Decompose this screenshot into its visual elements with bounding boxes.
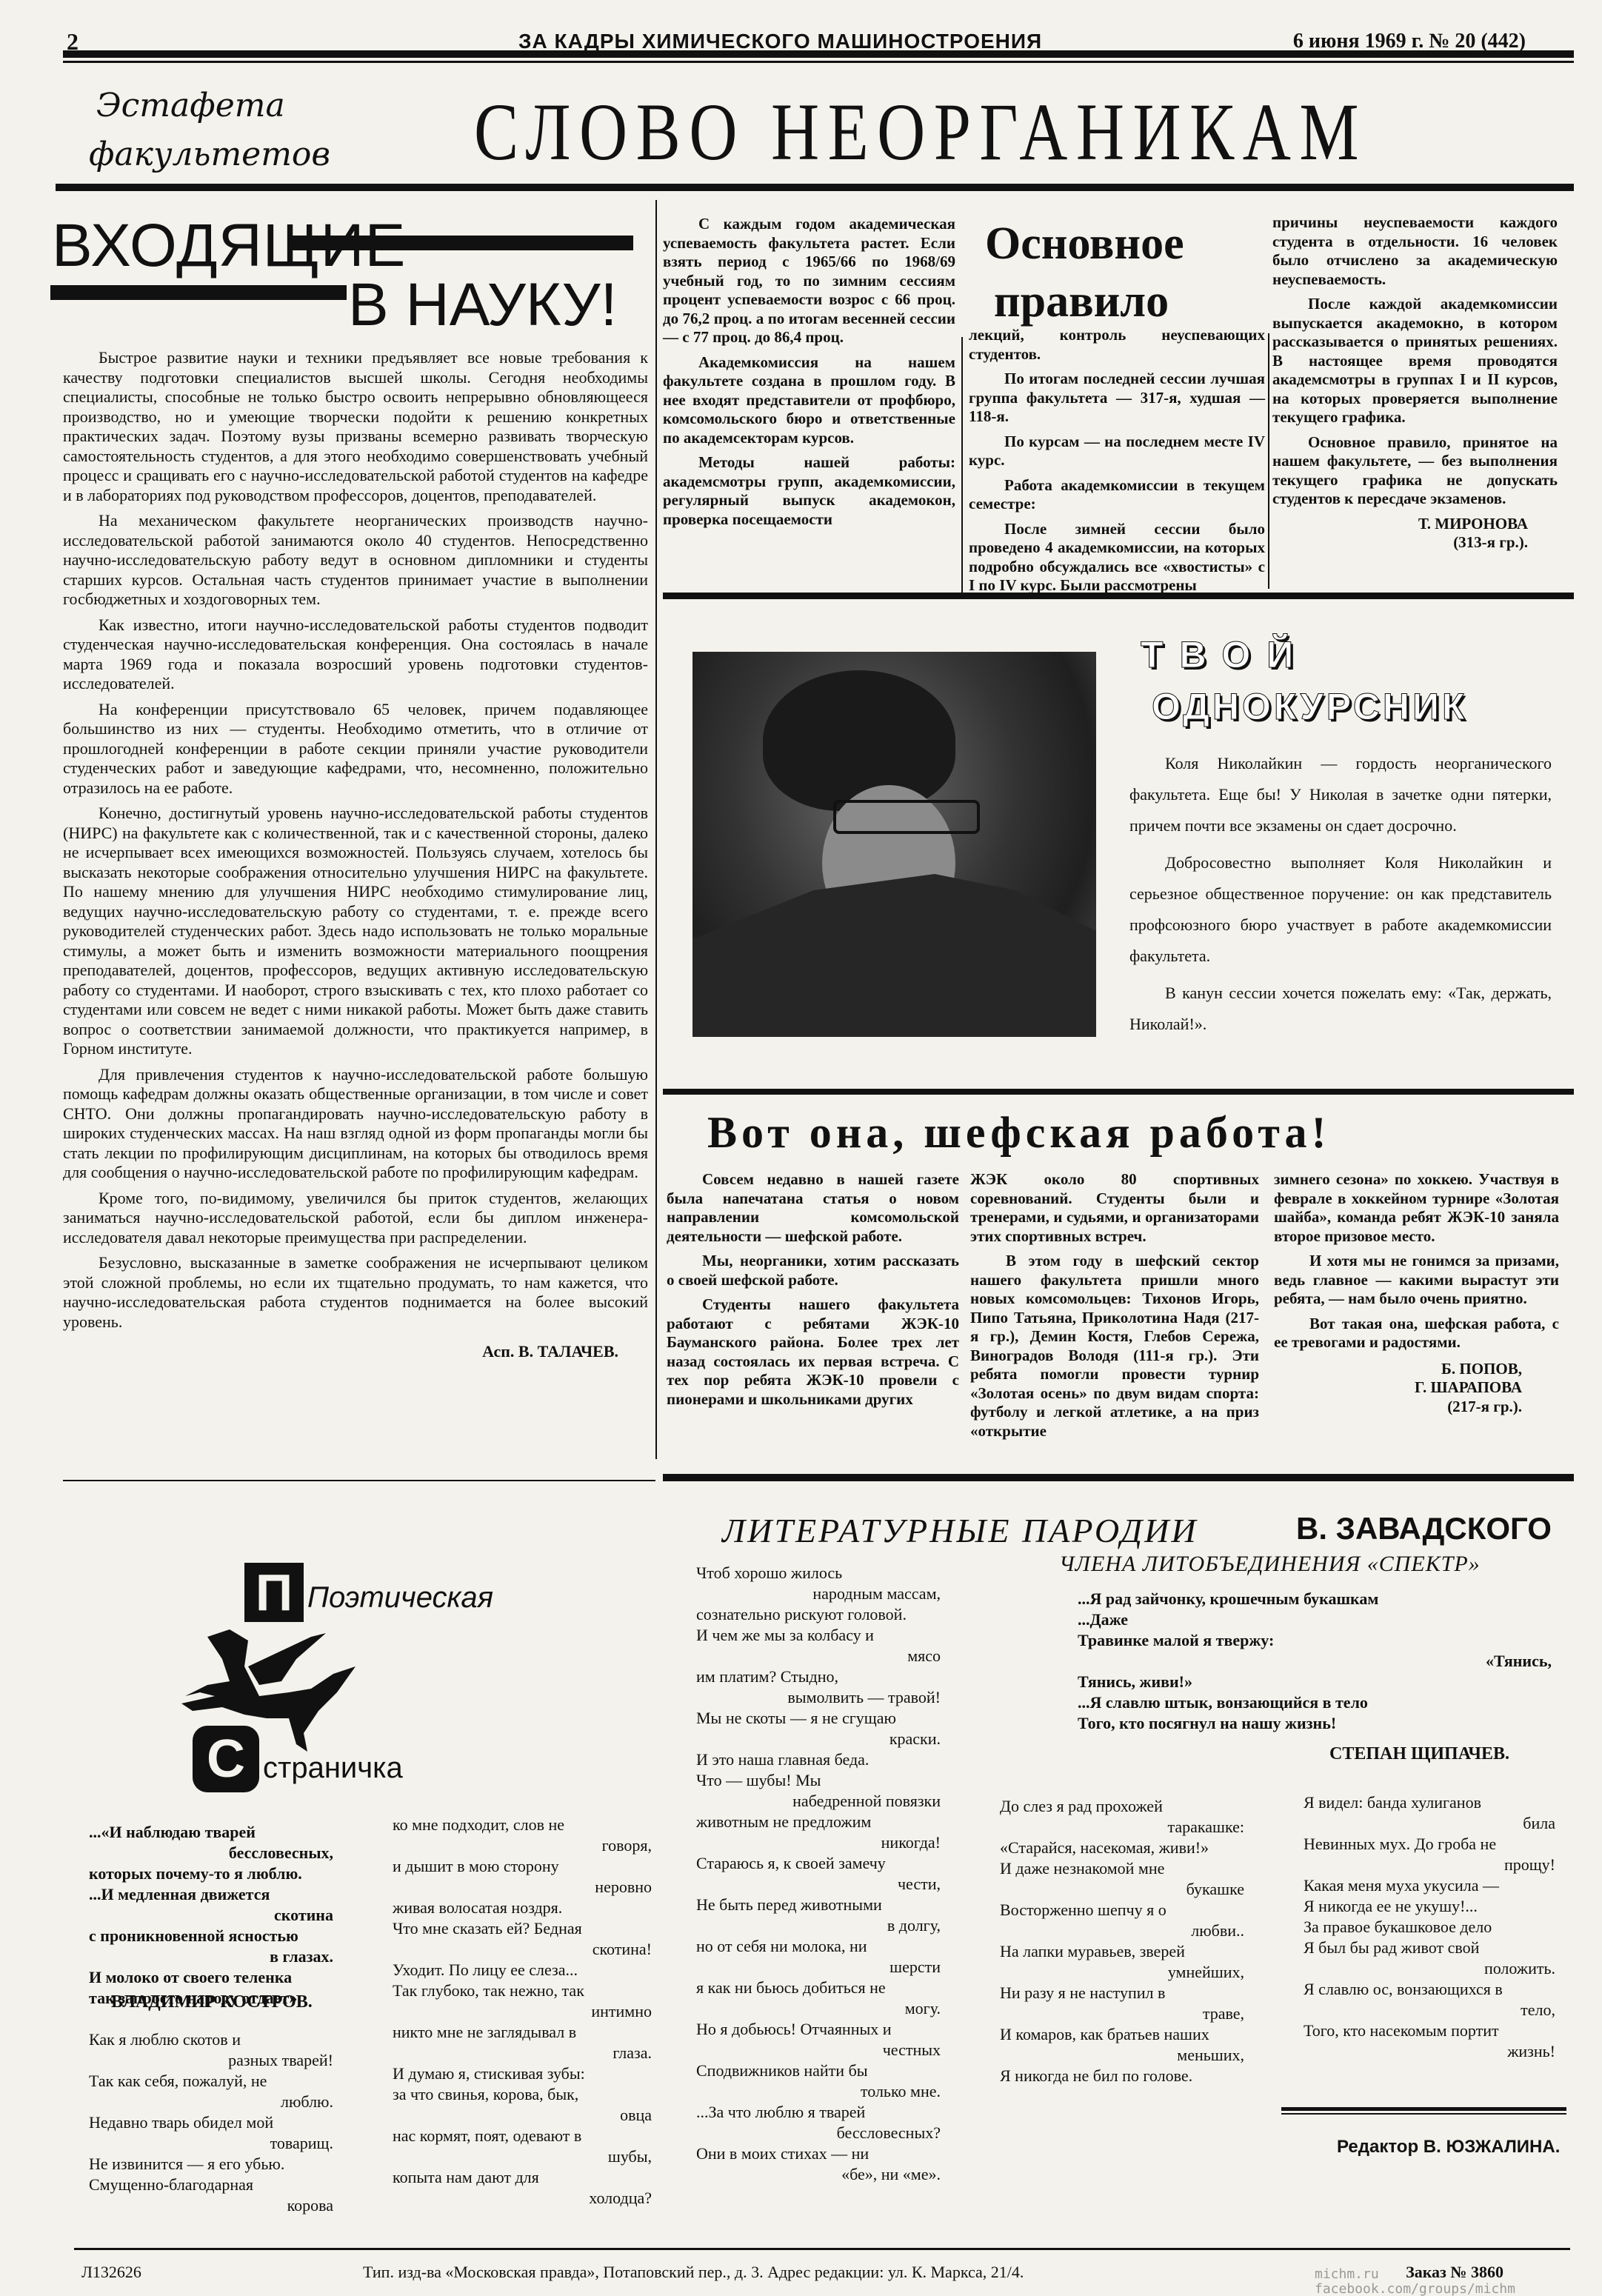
editor-rule [1281, 2107, 1566, 2111]
paragraph: На конференции присутствовало 65 человек… [63, 700, 648, 798]
verse-line: за что свинья, корова, бык, [393, 2084, 652, 2105]
relay-line-2: факультетов [89, 130, 330, 179]
student-portrait-photo [692, 652, 1096, 1037]
article-rule-col-3: причины неуспеваемости каждого студента … [1272, 213, 1558, 553]
article-patronage-col-1: Совсем недавно в нашей газете была напеч… [667, 1170, 959, 1415]
paragraph: На механическом факультете неорганически… [63, 511, 648, 610]
article-patronage-title: Вот она, шефская работа! [707, 1107, 1331, 1158]
article-rule-col-1: С каждым годом академическая успеваемост… [663, 215, 955, 535]
verse-line: «бе», ни «ме». [696, 2164, 941, 2185]
article-rule-title: Основное правило [985, 215, 1178, 330]
verse-line: ко мне подходит, слов не [393, 1815, 652, 1835]
section-title: СЛОВО НЕОРГАНИКАМ [474, 85, 1367, 179]
verse-line: шерсти [696, 1957, 941, 1978]
verse-line: И чем же мы за колбасу и [696, 1625, 941, 1646]
order-number: Заказ № 3860 [1406, 2263, 1503, 2282]
editor-credit: Редактор В. ЮЗЖАЛИНА. [1337, 2137, 1560, 2157]
verse-line: глаза. [393, 2043, 652, 2063]
verse-line: Как я люблю скотов и [89, 2029, 333, 2050]
verse-line: Я никогда не бил по голове. [1000, 2066, 1244, 2086]
poetry-page-logo: П Поэтическая С страничка [178, 1541, 548, 1792]
verse-line: умнейших, [1000, 1962, 1244, 1983]
paragraph: Безусловно, высказанные в заметке сообра… [63, 1253, 648, 1332]
photo-hair [763, 670, 955, 811]
verse-line: Тянись, живи!» [1078, 1672, 1552, 1692]
masthead-rule-thin [63, 61, 1574, 63]
watermark-facebook: facebook.com/groups/michm [1315, 2281, 1515, 2296]
verse-line: копыта нам дают для [393, 2167, 652, 2188]
printer-address: Тип. изд-ва «Московская правда», Потапов… [363, 2263, 1024, 2282]
paragraph: В этом году в шефский сектор нашего факу… [970, 1252, 1259, 1441]
verse-line: я как ни бьюсь добиться не [696, 1978, 941, 1998]
verse-line: И молоко от своего теленка [89, 1967, 333, 1988]
verse-line: неровно [393, 1877, 652, 1898]
verse-line: им платим? Стыдно, [696, 1666, 941, 1687]
verse-line: Они в моих стихах — ни [696, 2143, 941, 2164]
paragraph: Студенты нашего факультета работают с ре… [667, 1295, 959, 1409]
verse-line: меньших, [1000, 2045, 1244, 2066]
column-divider [1268, 333, 1269, 589]
paragraph: Основное правило, принятое на нашем факу… [1272, 433, 1558, 509]
editor-rule-thin [1281, 2113, 1566, 2115]
masthead-rule [63, 50, 1574, 58]
paragraph: После зимней сессии было проведено 4 ака… [969, 520, 1265, 595]
paragraph: Кроме того, по-видимому, увеличился бы п… [63, 1189, 648, 1248]
parodies-author: В. ЗАВАДСКОГО [1296, 1511, 1552, 1546]
verse-line: ...И медленная движется [89, 1884, 333, 1905]
verse-line: бессловесных? [696, 2123, 941, 2143]
verse-line: Не извинится — я его убью. [89, 2154, 333, 2175]
verse-line: И даже незнакомой мне [1000, 1858, 1244, 1879]
verse-line: Что мне сказать ей? Бедная [393, 1918, 652, 1939]
paragraph: С каждым годом академическая успеваемост… [663, 215, 955, 347]
epigraph-author: СТЕПАН ЩИПАЧЕВ. [1329, 1744, 1509, 1764]
paragraph: лекций, контроль неуспевающих студентов. [969, 326, 1265, 364]
verse-line: овца [393, 2105, 652, 2126]
paragraph: зимнего сезона» по хоккею. Участвуя в фе… [1274, 1170, 1559, 1246]
article-classmate-bottom-rule [663, 1089, 1574, 1095]
verse-line: ...Я рад зайчонку, крошечным букашкам [1078, 1589, 1552, 1609]
parodies-title: ЛИТЕРАТУРНЫЕ ПАРОДИИ [722, 1511, 1198, 1550]
paragraph: Методы нашей работы: академсмотры групп,… [663, 453, 955, 529]
verse-line: но от себя ни молока, ни [696, 1936, 941, 1957]
verse-line: животным не предложим [696, 1812, 941, 1832]
paragraph: И хотя мы не гонимся за призами, ведь гл… [1274, 1252, 1559, 1309]
author-signature: Т. МИРОНОВА [1272, 515, 1558, 534]
print-code: Л132626 [81, 2263, 141, 2282]
verse-line: чести, [696, 1874, 941, 1895]
photo-glasses [833, 800, 980, 834]
verse-line: говоря, [393, 1835, 652, 1856]
paragraph: ЖЭК около 80 спортивных соревнований. Ст… [970, 1170, 1259, 1246]
page-divider-left [63, 1480, 655, 1481]
footer-rule [74, 2248, 1570, 2250]
verse-line: Чтоб хорошо жилось [696, 1563, 941, 1583]
verse-line: жизнь! [1304, 2041, 1555, 2062]
verse-line: траве, [1000, 2003, 1244, 2024]
verse-line: люблю. [89, 2092, 333, 2112]
verse-line: Того, кто насекомым портит [1304, 2020, 1555, 2041]
verse-line: Сподвижников найти бы [696, 2060, 941, 2081]
verse-line: И думаю я, стискивая зубы: [393, 2063, 652, 2084]
column-divider [655, 200, 657, 1459]
paragraph: причины неуспеваемости каждого студента … [1272, 213, 1558, 289]
verse-line: Уходит. По лицу ее слеза... [393, 1960, 652, 1980]
verse-line: шубы, [393, 2146, 652, 2167]
parody-2-part-1: До слез я рад прохожейтаракашке:«Старайс… [1000, 1796, 1244, 2086]
parodies-subtitle: ЧЛЕНА ЛИТОБЪЕДИНЕНИЯ «СПЕКТР» [1059, 1552, 1481, 1577]
verse-line: живая волосатая ноздря. [393, 1898, 652, 1918]
verse-line: скотина! [393, 1939, 652, 1960]
verse-line: Так глубоко, так нежно, так [393, 1980, 652, 2001]
verse-line: «Тянись, [1078, 1651, 1552, 1672]
verse-line: прощу! [1304, 1855, 1555, 1875]
verse-line: скотина [89, 1905, 333, 1926]
logo-initial-p: П [244, 1563, 304, 1622]
verse-line: Смущенно-благодарная [89, 2175, 333, 2195]
column-divider [961, 337, 963, 593]
paragraph: Академкомиссия на нашем факультете созда… [663, 353, 955, 448]
verse-line: разных тварей! [89, 2050, 333, 2071]
verse-line: Я славлю ос, вонзающихся в [1304, 1979, 1555, 2000]
verse-line: с проникновенной ясностью [89, 1926, 333, 1946]
paragraph: Для привлечения студентов к научно-иссле… [63, 1065, 648, 1183]
verse-line: таракашке: [1000, 1817, 1244, 1838]
paragraph: Вот такая она, шефская работа, с ее трев… [1274, 1315, 1559, 1352]
verse-line: честных [696, 2040, 941, 2060]
title-bar-decoration [50, 285, 347, 300]
paragraph: Добросовестно выполняет Коля Николайкин … [1129, 847, 1552, 972]
parody-2-part-2: Я видел: банда хулигановбилаНевинных мух… [1304, 1792, 1555, 2062]
verse-line: никто мне не заглядывал в [393, 2022, 652, 2043]
parody-1-part-2: ко мне подходит, слов неговоря,и дышит в… [393, 1815, 652, 2209]
verse-line: в долгу, [696, 1915, 941, 1936]
verse-line: И комаров, как братьев наших [1000, 2024, 1244, 2045]
verse-line: тело, [1304, 2000, 1555, 2020]
verse-line: нас кормят, поят, одевают в [393, 2126, 652, 2146]
verse-line: Стараюсь я, к своей замечу [696, 1853, 941, 1874]
article-science-title-2: В НАУКУ! [348, 270, 617, 340]
title-line-1: Основное [985, 215, 1178, 273]
paragraph: Конечно, достигнутый уровень научно-иссл… [63, 804, 648, 1059]
paragraph: После каждой академкомиссии выпускается … [1272, 295, 1558, 427]
verse-line: За правое букашковое дело [1304, 1917, 1555, 1938]
verse-line: Не быть перед животными [696, 1895, 941, 1915]
verse-line: ...Я славлю штык, вонзающийся в тело [1078, 1692, 1552, 1713]
paragraph: Быстрое развитие науки и техники предъяв… [63, 348, 648, 505]
verse-line: набедренной повязки [696, 1791, 941, 1812]
article-classmate-body: Коля Николайкин — гордость неорганическо… [1129, 748, 1552, 1046]
verse-line: Мы не скоты — я не сгущаю [696, 1708, 941, 1729]
verse-line: вымолвить — травой! [696, 1687, 941, 1708]
article-rule-col-2: лекций, контроль неуспевающих студентов.… [969, 326, 1265, 601]
verse-line: била [1304, 1813, 1555, 1834]
logo-initial-s: С [193, 1726, 259, 1792]
article-science-body: Быстрое развитие науки и техники предъяв… [63, 348, 648, 1362]
author-signature: Асп. В. ТАЛАЧЕВ. [63, 1342, 648, 1362]
author-group: (217-я гр.). [1274, 1398, 1559, 1417]
verse-line: ...«И наблюдаю тварей [89, 1822, 333, 1843]
parody-1-part-1: Как я люблю скотов иразных тварей!Так ка… [89, 2029, 333, 2216]
section-rule [56, 184, 1574, 191]
verse-line: сознательно рискуют головой. [696, 1604, 941, 1625]
article-patronage-bottom-rule [663, 1474, 1574, 1481]
title-bar-decoration [293, 236, 633, 250]
verse-line: в глазах. [89, 1946, 333, 1967]
verse-line: и дышит в мою сторону [393, 1856, 652, 1877]
paragraph: Работа академкомиссии в текущем семестре… [969, 476, 1265, 514]
verse-line: Я был бы рад живот свой [1304, 1938, 1555, 1958]
paragraph: В канун сессии хочется пожелать ему: «Та… [1129, 978, 1552, 1040]
verse-line: Что — шубы! Мы [696, 1770, 941, 1791]
verse-line: До слез я рад прохожей [1000, 1796, 1244, 1817]
verse-line: На лапки муравьев, зверей [1000, 1941, 1244, 1962]
article-classmate-title-1: ТВОЙ [1141, 633, 1309, 676]
logo-word-page: страничка [263, 1752, 403, 1785]
title-line-2: правило [985, 273, 1178, 330]
verse-line: народным массам, [696, 1583, 941, 1604]
verse-line: Того, кто посягнул на нашу жизнь! [1078, 1713, 1552, 1734]
article-classmate-title-2: ОДНОКУРСНИК [1152, 685, 1468, 728]
verse-line: ...За что люблю я тварей [696, 2102, 941, 2123]
verse-line: положить. [1304, 1958, 1555, 1979]
verse-line: Недавно тварь обидел мой [89, 2112, 333, 2133]
paragraph: Совсем недавно в нашей газете была напеч… [667, 1170, 959, 1246]
relay-label: Эстафета факультетов [96, 81, 330, 179]
verse-line: холодца? [393, 2188, 652, 2209]
verse-line: ...Даже [1078, 1609, 1552, 1630]
verse-line: И это наша главная беда. [696, 1749, 941, 1770]
watermark-site: michm.ru [1315, 2266, 1379, 2282]
verse-line: Так как себя, пожалуй, не [89, 2071, 333, 2092]
verse-line: Восторженно шепчу я о [1000, 1900, 1244, 1920]
verse-line: Невинных мух. До гроба не [1304, 1834, 1555, 1855]
article-rule-bottom-rule [663, 593, 1574, 599]
verse-line: товарищ. [89, 2133, 333, 2154]
parody-1-part-3: Чтоб хорошо жилосьнародным массам,сознат… [696, 1563, 941, 2185]
verse-line: Ни разу я не наступил в [1000, 1983, 1244, 2003]
verse-line: которых почему-то я люблю. [89, 1863, 333, 1884]
author-signature: Б. ПОПОВ, [1274, 1360, 1559, 1379]
verse-line: Я никогда ее не укушу!... [1304, 1896, 1555, 1917]
verse-line: букашке [1000, 1879, 1244, 1900]
article-patronage-col-2: ЖЭК около 80 спортивных соревнований. Ст… [970, 1170, 1259, 1446]
verse-line: бессловесных, [89, 1843, 333, 1863]
author-group: (313-я гр.). [1272, 533, 1558, 553]
paragraph: Мы, неорганики, хотим рассказать о своей… [667, 1252, 959, 1289]
paragraph: Как известно, итоги научно-исследователь… [63, 615, 648, 694]
paragraph: По курсам — на последнем месте IV курс. [969, 433, 1265, 470]
epigraph-shchipachev: ...Я рад зайчонку, крошечным букашкам...… [1078, 1589, 1552, 1734]
paragraph: По итогам последней сессии лучшая группа… [969, 370, 1265, 427]
verse-line: могу. [696, 1998, 941, 2019]
logo-word-poetic: Поэтическая [307, 1581, 493, 1615]
relay-line-1: Эстафета [96, 81, 330, 130]
verse-line: Я видел: банда хулиганов [1304, 1792, 1555, 1813]
verse-line: интимно [393, 2001, 652, 2022]
verse-line: Но я добьюсь! Отчаянных и [696, 2019, 941, 2040]
verse-line: «Старайся, насекомая, живи!» [1000, 1838, 1244, 1858]
photo-jacket [692, 874, 1096, 1037]
verse-line: никогда! [696, 1832, 941, 1853]
paragraph: Коля Николайкин — гордость неорганическо… [1129, 748, 1552, 841]
verse-line: корова [89, 2195, 333, 2216]
author-signature: Г. ШАРАПОВА [1274, 1378, 1559, 1398]
epigraph-kostrov: ...«И наблюдаю тварейбессловесных,которы… [89, 1822, 333, 2009]
verse-line: Какая меня муха укусила — [1304, 1875, 1555, 1896]
verse-line: краски. [696, 1729, 941, 1749]
verse-line: любви.. [1000, 1920, 1244, 1941]
epigraph-author: ВЛАДИМИР КОСТРОВ. [111, 1992, 313, 2012]
verse-line: мясо [696, 1646, 941, 1666]
article-patronage-col-3: зимнего сезона» по хоккею. Участвуя в фе… [1274, 1170, 1559, 1416]
verse-line: только мне. [696, 2081, 941, 2102]
verse-line: Травинке малой я твержу: [1078, 1630, 1552, 1651]
